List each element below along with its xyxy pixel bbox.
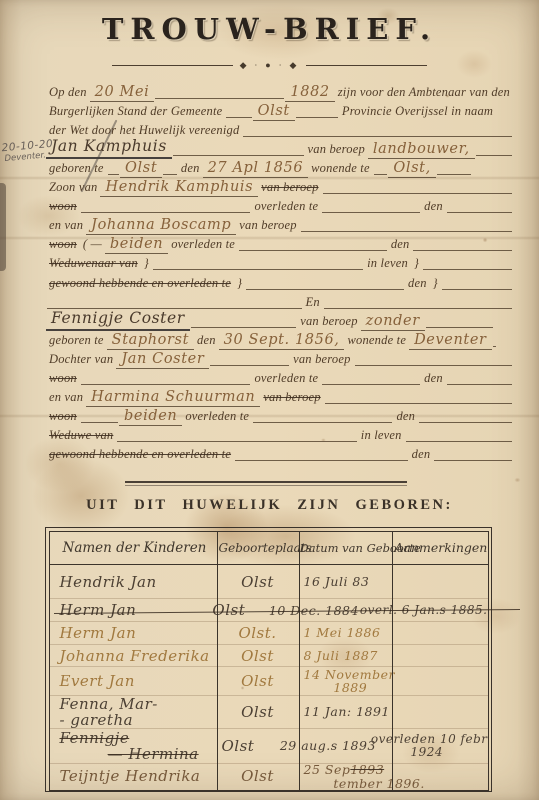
printed-label: den xyxy=(178,161,203,178)
column-header: Datum van Geboorte xyxy=(299,532,392,565)
handwritten-cell-line: 16 Juli 83 xyxy=(304,575,392,589)
name-cell: Johanna Frederika xyxy=(50,645,217,667)
table-column-divider xyxy=(299,532,300,790)
blank-rule xyxy=(413,249,512,251)
remark-cell xyxy=(392,696,488,728)
remark-cell xyxy=(392,667,488,695)
date-cell: 8 Juli 1887 xyxy=(299,645,392,667)
blank-rule xyxy=(163,173,177,175)
column-header: Namen der Kinderen xyxy=(50,532,217,565)
handwritten-entry: 27 Apl 1856 xyxy=(203,160,309,178)
blank-rule xyxy=(437,173,471,175)
table-column-divider xyxy=(217,532,218,790)
printed-label: van beroep xyxy=(290,352,353,369)
table-row: Herm JanOlst.1 Mei 1886 xyxy=(50,622,488,645)
date-cell: 29 aug.s 1893 xyxy=(275,729,368,762)
children-table-inner: Namen der KinderenGeboorteplaatsDatum va… xyxy=(49,531,489,791)
blank-rule xyxy=(374,173,388,175)
title-divider-ornament: ◆ ∙ ● ∙ ◆ xyxy=(112,60,427,71)
printed-label: geboren te xyxy=(46,161,107,178)
handwritten-entry: beiden xyxy=(105,236,168,254)
handwritten-cell-line: Evert Jan xyxy=(60,673,217,689)
date-cell: 14 November1889 xyxy=(299,667,392,695)
form-line: en vanHarmina Schuurmanvan beroep xyxy=(46,388,513,407)
handwritten-cell-line: 11 Jan: 1891 xyxy=(304,705,392,719)
place-cell: Olst xyxy=(194,599,264,621)
column-header: Aanmerkingen xyxy=(392,532,488,565)
form-line: Burgerlijken Stand der GemeenteOlstProvi… xyxy=(46,102,513,121)
printed-label: van beroep xyxy=(297,314,360,331)
handwritten-cell-line: Herm Jan xyxy=(60,602,194,618)
blank-rule xyxy=(296,116,338,118)
blank-rule xyxy=(235,459,408,461)
section-divider xyxy=(125,481,407,486)
name-cell: Herm Jan xyxy=(50,599,194,621)
handwritten-cell-line: Olst xyxy=(241,768,274,784)
handwritten-entry: Deventer xyxy=(409,332,491,350)
printed-label-struck: woon xyxy=(46,199,80,216)
handwritten-cell-line: 1 Mei 1886 xyxy=(304,626,392,640)
place-cell: Olst xyxy=(217,764,299,790)
name-cell: Evert Jan xyxy=(50,667,217,695)
blank-rule xyxy=(226,116,251,118)
handwritten-entry: Olst xyxy=(120,160,162,178)
blank-rule xyxy=(173,154,304,156)
blank-rule xyxy=(442,288,512,290)
blank-rule xyxy=(406,440,512,442)
name-cell: Fennigje— Hermina xyxy=(50,729,201,762)
handwritten-cell-line: Olst xyxy=(241,704,274,720)
name-cell: Fenna, Mar-- garetha xyxy=(50,696,217,728)
blank-rule xyxy=(447,211,512,213)
date-cell: 11 Jan: 1891 xyxy=(299,696,392,728)
remark-cell xyxy=(392,622,488,644)
date-cell: 16 Juli 83 xyxy=(299,565,392,598)
printed-label: Burgerlijken Stand der Gemeente xyxy=(46,104,225,121)
blank-rule xyxy=(239,249,387,251)
printed-label-struck: Weduwenaar van xyxy=(46,256,141,273)
handwritten-entry: zonder xyxy=(361,313,425,331)
blank-rule xyxy=(153,268,363,270)
blank-rule xyxy=(426,326,493,328)
blank-rule xyxy=(243,135,512,137)
printed-label: geboren te xyxy=(46,333,107,350)
blank-rule xyxy=(81,211,251,213)
printed-label: den xyxy=(194,333,219,350)
place-cell: Olst xyxy=(201,729,275,762)
form-line: Jan Kamphuisvan beroeplandbouwer, xyxy=(46,140,513,159)
blank-rule xyxy=(322,383,420,385)
place-cell: Olst xyxy=(217,696,299,728)
blank-rule xyxy=(117,440,356,442)
printed-label: overleden te xyxy=(182,409,252,426)
form-line: Weduwe vanin leven xyxy=(46,426,513,445)
handwritten-name: Fennigje Coster xyxy=(46,309,190,331)
blank-rule xyxy=(108,173,119,175)
remark-cell xyxy=(392,565,488,598)
blank-rule xyxy=(322,211,420,213)
ornament-line xyxy=(306,65,427,66)
handwritten-cell-line: 14 November xyxy=(304,668,392,682)
form-line: Dochter vanJan Costervan beroep xyxy=(46,350,513,369)
table-row: Herm JanOlst10 Dec. 1884overl. 6 Jan.s 1… xyxy=(50,599,488,622)
blank-rule xyxy=(493,345,497,347)
blank-rule xyxy=(301,230,512,232)
remark-cell: overleden 10 febr1924 xyxy=(368,729,488,762)
printed-label: Zoon van xyxy=(46,180,100,197)
handwritten-cell-line: Olst xyxy=(241,648,274,664)
handwritten-cell-line: Olst. xyxy=(238,625,276,641)
blank-rule xyxy=(81,383,251,385)
printed-label: en van xyxy=(46,390,86,407)
certificate-form-body: Op den20 Mei1882zijn voor den Ambtenaar … xyxy=(46,83,513,464)
handwritten-cell-line: 8 Juli 1887 xyxy=(304,649,392,663)
form-line: en vanJohanna Boscampvan beroep xyxy=(46,216,513,235)
printed-label: den xyxy=(421,199,446,216)
column-header: Geboorteplaats xyxy=(217,532,299,565)
blank-rule xyxy=(355,364,512,366)
printed-label-struck: van beroep xyxy=(260,390,323,407)
table-row: Fenna, Mar-- garethaOlst11 Jan: 1891 xyxy=(50,696,488,729)
blank-rule xyxy=(155,97,284,99)
printed-label: Provincie Overijssel in naam xyxy=(339,104,496,121)
form-line: Weduwenaar van}in leven} xyxy=(46,254,513,273)
blank-rule xyxy=(323,192,512,194)
handwritten-entry: Staphorst xyxy=(107,332,194,350)
name-cell: Herm Jan xyxy=(50,622,217,644)
handwritten-cell-line: 29 aug.s 1893 xyxy=(280,739,368,753)
blank-rule xyxy=(423,268,512,270)
handwritten-entry: Jan Coster xyxy=(116,351,209,369)
form-line: gewoond hebbende en overleden teden xyxy=(46,445,513,464)
table-header-row: Namen der KinderenGeboorteplaatsDatum va… xyxy=(50,532,488,566)
printed-label: Op den xyxy=(46,85,90,102)
place-cell: Olst. xyxy=(217,622,299,644)
handwritten-entry: Olst, xyxy=(388,160,435,178)
printed-label: den xyxy=(405,276,430,293)
printed-label: den xyxy=(421,371,446,388)
printed-label-struck: woon xyxy=(46,409,80,426)
place-cell: Olst xyxy=(217,667,299,695)
printed-label-struck: gewoond hebbende en overleden te xyxy=(46,447,234,464)
place-cell: Olst xyxy=(217,645,299,667)
remark-cell xyxy=(392,764,488,790)
name-cell: Teijntje Hendrika xyxy=(50,764,217,790)
handwritten-entry: 30 Sept. 1856, xyxy=(219,332,345,350)
handwritten-entry: beiden xyxy=(119,408,182,426)
handwritten-cell-line: Herm Jan xyxy=(60,625,217,641)
table-row: Teijntje HendrikaOlst25 Sep1893tember 18… xyxy=(50,764,488,790)
handwritten-cell-line: 1924 xyxy=(411,746,488,759)
printed-label: den xyxy=(393,409,418,426)
handwritten-entry: 20 Mei xyxy=(90,84,155,102)
printed-label-struck: gewoond hebbende en overleden te xyxy=(46,276,234,293)
printed-label: zijn voor den Ambtenaar van den xyxy=(335,85,513,102)
table-row: Hendrik JanOlst16 Juli 83 xyxy=(50,565,488,599)
date-cell: 10 Dec. 1884 xyxy=(264,599,357,621)
remark-cell: overl. 6 Jan.s 1885. xyxy=(357,599,488,621)
handwritten-cell-line: Johanna Frederika xyxy=(60,648,217,664)
printed-label: } xyxy=(411,256,422,273)
blank-rule xyxy=(447,383,512,385)
handwritten-cell-line: Olst xyxy=(241,574,274,590)
handwritten-entry: Olst xyxy=(253,103,295,121)
printed-label: } xyxy=(141,256,152,273)
blank-rule xyxy=(419,421,512,423)
blank-rule xyxy=(210,364,289,366)
printed-label: ( — xyxy=(80,237,105,254)
handwritten-cell-line: 25 Sep1893 xyxy=(304,763,392,777)
handwritten-cell-line: Olst xyxy=(241,673,274,689)
printed-label-struck: Weduwe van xyxy=(46,428,116,445)
ornament-glyphs: ◆ ∙ ● ∙ ◆ xyxy=(240,60,300,71)
printed-label: van beroep xyxy=(305,142,368,159)
printed-label: overleden te xyxy=(168,237,238,254)
printed-label: den xyxy=(388,237,413,254)
remark-cell xyxy=(392,645,488,667)
ornament-line xyxy=(112,65,233,66)
form-line: woonbeidenoverleden teden xyxy=(46,407,513,426)
printed-label: overleden te xyxy=(251,371,321,388)
handwritten-cell-line: Fenna, Mar- xyxy=(60,696,217,712)
handwritten-entry: Johanna Boscamp xyxy=(86,217,236,235)
handwritten-entry: Hendrik Kamphuis xyxy=(100,179,258,197)
blank-rule xyxy=(324,307,512,309)
blank-rule xyxy=(434,459,512,461)
printed-label: } xyxy=(234,276,245,293)
printed-label: van beroep xyxy=(236,218,299,235)
handwritten-name: Jan Kamphuis xyxy=(46,137,172,159)
births-heading: UIT DIT HUWELIJK ZIJN GEBOREN: xyxy=(0,497,539,514)
name-cell: Hendrik Jan xyxy=(50,565,217,598)
printed-label: wonende te xyxy=(308,161,373,178)
printed-label: overleden te xyxy=(251,199,321,216)
blank-rule xyxy=(246,288,404,290)
form-line: woonoverleden teden xyxy=(46,369,513,388)
handwritten-cell-line: Fennigje xyxy=(60,730,201,746)
form-line: Op den20 Mei1882zijn voor den Ambtenaar … xyxy=(46,83,513,102)
handwritten-cell-line: Hendrik Jan xyxy=(60,574,217,590)
blank-rule xyxy=(191,326,296,328)
marriage-certificate-document: TROUW-BRIEF. ◆ ∙ ● ∙ ◆ 20-10-20 Deventer… xyxy=(0,0,539,800)
page-title: TROUW-BRIEF. xyxy=(0,12,539,46)
printed-label: } xyxy=(430,276,441,293)
handwritten-cell-line: overl. 6 Jan.s 1885. xyxy=(360,604,488,617)
printed-label: in leven xyxy=(358,428,405,445)
handwritten-cell-line: - garetha xyxy=(60,712,217,728)
paper-edge-shadow xyxy=(0,183,6,271)
table-row: Fennigje— HerminaOlst29 aug.s 1893overle… xyxy=(50,729,488,763)
form-line: gewoond hebbende en overleden te}den} xyxy=(46,273,513,292)
children-table: Namen der KinderenGeboorteplaatsDatum va… xyxy=(45,527,492,792)
printed-label-struck: woon xyxy=(46,237,80,254)
printed-label: den xyxy=(409,447,434,464)
handwritten-cell-line: Teijntje Hendrika xyxy=(60,768,217,784)
handwritten-entry: landbouwer, xyxy=(368,141,475,159)
blank-rule xyxy=(253,421,392,423)
table-row: Evert JanOlst14 November1889 xyxy=(50,667,488,696)
printed-label: en van xyxy=(46,218,86,235)
table-row: Johanna FrederikaOlst8 Juli 1887 xyxy=(50,645,488,668)
printed-label-struck: woon xyxy=(46,371,80,388)
blank-rule xyxy=(325,402,512,404)
printed-label: wonende te xyxy=(344,333,409,350)
date-cell: 1 Mei 1886 xyxy=(299,622,392,644)
form-line: Fennigje Costervan beroepzonder xyxy=(46,312,513,331)
blank-rule xyxy=(81,421,118,423)
handwritten-cell-line: 10 Dec. 1884 xyxy=(269,604,357,618)
handwritten-cell-line: 1889 xyxy=(333,681,391,695)
form-line: Zoon vanHendrik Kamphuisvan beroep xyxy=(46,178,513,197)
printed-label: in leven xyxy=(364,256,411,273)
handwritten-cell-line: Olst xyxy=(221,738,254,754)
printed-label: En xyxy=(303,295,323,312)
handwritten-entry: Harmina Schuurman xyxy=(86,389,260,407)
handwritten-cell-line: — Hermina xyxy=(108,746,201,762)
handwritten-entry: 1882 xyxy=(285,84,334,102)
printed-label: Dochter van xyxy=(46,352,116,369)
place-cell: Olst xyxy=(217,565,299,598)
form-line: woonoverleden teden xyxy=(46,197,513,216)
form-line: woon( —beidenoverleden teden xyxy=(46,235,513,254)
handwritten-cell-line: tember 1896. xyxy=(333,777,391,791)
blank-rule xyxy=(476,154,512,156)
table-column-divider xyxy=(392,532,393,790)
printed-label-struck: van beroep xyxy=(258,180,321,197)
date-cell: 25 Sep1893tember 1896. xyxy=(299,764,392,790)
form-line: geboren teOlstden27 Apl 1856wonende teOl… xyxy=(46,159,513,178)
form-line: geboren teStaphorstden30 Sept. 1856,wone… xyxy=(46,331,513,350)
